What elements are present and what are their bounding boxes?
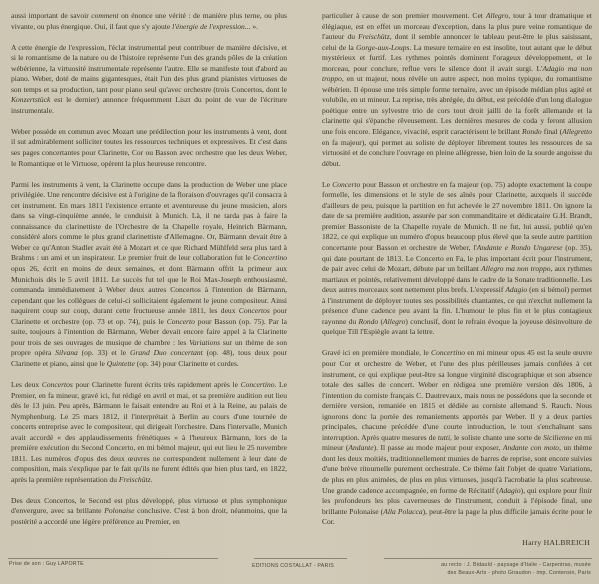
footer-divider bbox=[8, 558, 218, 559]
paragraph: Les deux Concertos pour Clarinette furen… bbox=[11, 380, 287, 485]
publisher: EDITIONS COSTALLAT - PARIS bbox=[252, 563, 334, 569]
paragraph: Weber possède en commun avec Mozart une … bbox=[11, 127, 287, 169]
paragraph: Le Concerto pour Basson et orchestre en … bbox=[322, 180, 592, 338]
paragraph: A cette énergie de l'expression, l'éclat… bbox=[11, 43, 287, 117]
liner-notes-page: aussi important de savoir comment on éno… bbox=[0, 0, 599, 584]
left-column: aussi important de savoir comment on éno… bbox=[11, 11, 287, 538]
footer-divider bbox=[384, 558, 592, 559]
author-signature: Harry HALBREICH bbox=[322, 538, 592, 549]
paragraph: Des deux Concertos, le Second est plus d… bbox=[11, 496, 287, 528]
cover-credit-line: au recto : J. Bidauld - paysage d'Italie… bbox=[441, 561, 591, 569]
footer-divider bbox=[254, 558, 347, 559]
right-column: particulier à cause de son premier mouve… bbox=[322, 11, 592, 549]
paragraph: Parmi les instruments à vent, la Clarine… bbox=[11, 180, 287, 370]
cover-credit-line: des Beaux-Arts - photo Giraudon - imp. C… bbox=[441, 569, 591, 577]
cover-credit: au recto : J. Bidauld - paysage d'Italie… bbox=[441, 561, 591, 577]
paragraph: Gravé ici en première mondiale, le Conce… bbox=[322, 348, 592, 527]
sound-credit: Prise de son : Guy LAPORTE bbox=[9, 561, 84, 567]
paragraph: particulier à cause de son premier mouve… bbox=[322, 11, 592, 169]
paragraph: aussi important de savoir comment on éno… bbox=[11, 11, 287, 32]
